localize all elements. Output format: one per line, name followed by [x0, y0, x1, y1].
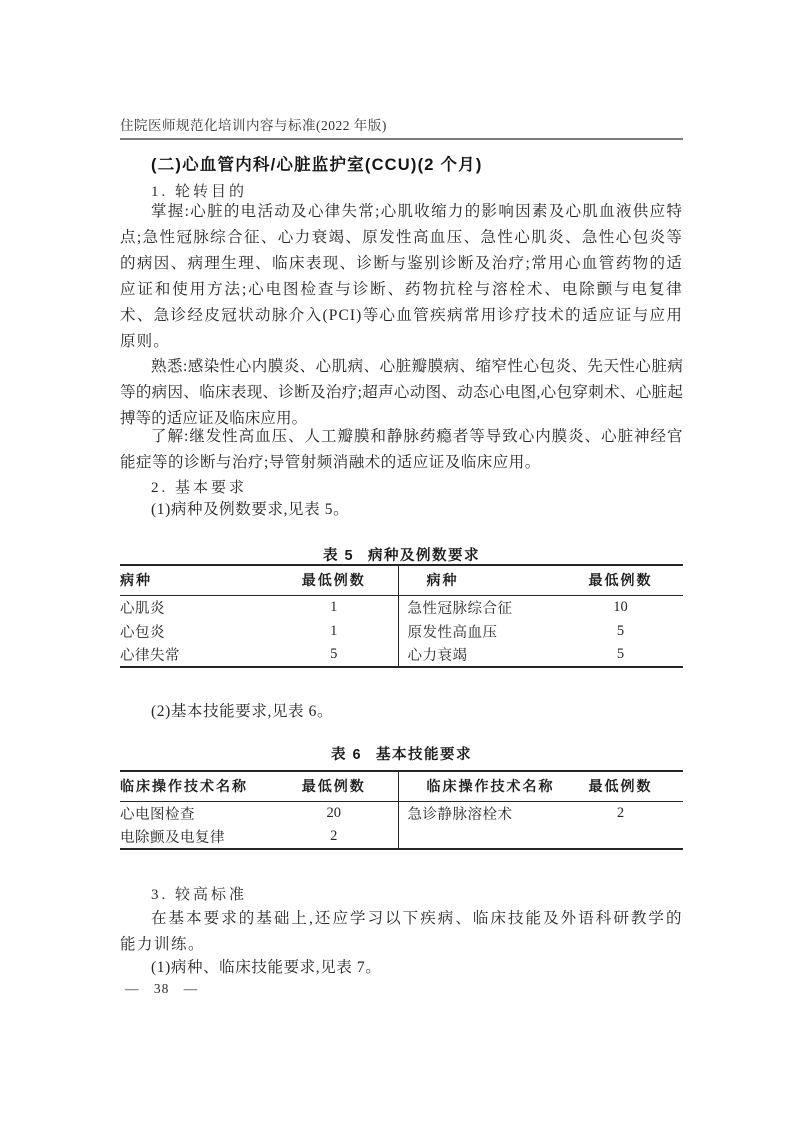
min-cases: 2 [270, 825, 398, 849]
min-cases: 20 [270, 801, 398, 825]
paragraph-understand: 了解:继发性高血压、人工瓣膜和静脉药瘾者等导致心内膜炎、心脏神经官能症等的诊断与… [120, 424, 683, 476]
table-row: 心律失常 5 心力衰竭 5 [120, 643, 683, 667]
table6-caption: 表 6基本技能要求 [120, 743, 683, 764]
min-cases: 5 [558, 619, 683, 643]
heading-advanced-standard: 3. 较高标准 [120, 883, 683, 904]
disease-name: 心力衰竭 [398, 643, 558, 667]
min-cases: 10 [558, 595, 683, 619]
disease-name: 急性冠脉综合征 [398, 595, 558, 619]
page-number: — 38 — [125, 981, 325, 997]
min-cases: 5 [270, 643, 398, 667]
skill-name: 电除颤及电复律 [120, 825, 270, 849]
min-cases [558, 825, 683, 849]
table-disease-cases: 病种 最低例数 病种 最低例数 心肌炎 1 急性冠脉综合征 10 心包炎 1 原… [120, 564, 683, 668]
paragraph-familiar: 熟悉:感染性心内膜炎、心肌病、心脏瓣膜病、缩窄性心包炎、先天性心脏病等的病因、临… [120, 354, 683, 432]
document-page: 住院医师规范化培训内容与标准(2022 年版) (二)心血管内科/心脏监护室(C… [0, 0, 800, 1131]
min-cases: 2 [558, 801, 683, 825]
table5-caption-label: 表 5 [323, 548, 354, 564]
paragraph-advanced: 在基本要求的基础上,还应学习以下疾病、临床技能及外语科研教学的能力训练。 [120, 906, 683, 958]
min-cases: 1 [270, 595, 398, 619]
heading-rotation-purpose: 1. 轮转目的 [120, 180, 683, 201]
running-header-title: 住院医师规范化培训内容与标准(2022 年版) [120, 114, 683, 134]
basic-item-1: (1)病种及例数要求,见表 5。 [120, 499, 683, 521]
column-header: 临床操作技术名称 [120, 771, 270, 801]
advanced-item-1: (1)病种、临床技能要求,见表 7。 [120, 957, 683, 979]
min-cases: 1 [270, 619, 398, 643]
column-header: 最低例数 [558, 771, 683, 801]
paragraph-master: 掌握:心脏的电活动及心律失常;心肌收缩力的影响因素及心肌血液供应特点;急性冠脉综… [120, 199, 683, 354]
column-header: 最低例数 [558, 565, 683, 595]
table-basic-skills: 临床操作技术名称 最低例数 临床操作技术名称 最低例数 心电图检查 20 急诊静… [120, 770, 683, 850]
section-title: (二)心血管内科/心脏监护室(CCU)(2 个月) [120, 151, 683, 175]
table6-caption-label: 表 6 [331, 747, 362, 763]
basic-item-2: (2)基本技能要求,见表 6。 [120, 701, 683, 723]
column-header: 临床操作技术名称 [398, 771, 558, 801]
column-header: 最低例数 [270, 771, 398, 801]
table5-caption: 表 5病种及例数要求 [120, 544, 683, 565]
disease-name: 心包炎 [120, 619, 270, 643]
skill-name [398, 825, 558, 849]
column-header: 最低例数 [270, 565, 398, 595]
table-row: 电除颤及电复律 2 [120, 825, 683, 849]
header-rule [120, 138, 683, 140]
disease-name: 心肌炎 [120, 595, 270, 619]
table-row: 心包炎 1 原发性高血压 5 [120, 619, 683, 643]
table5-caption-title: 病种及例数要求 [368, 548, 480, 564]
disease-name: 原发性高血压 [398, 619, 558, 643]
min-cases: 5 [558, 643, 683, 667]
disease-name: 心律失常 [120, 643, 270, 667]
column-header: 病种 [120, 565, 270, 595]
heading-basic-requirements: 2. 基本要求 [120, 476, 683, 497]
table-row: 心电图检查 20 急诊静脉溶栓术 2 [120, 801, 683, 825]
skill-name: 急诊静脉溶栓术 [398, 801, 558, 825]
table-header-row: 病种 最低例数 病种 最低例数 [120, 565, 683, 595]
table6-caption-title: 基本技能要求 [376, 747, 472, 763]
table-row: 心肌炎 1 急性冠脉综合征 10 [120, 595, 683, 619]
column-header: 病种 [398, 565, 558, 595]
skill-name: 心电图检查 [120, 801, 270, 825]
table-header-row: 临床操作技术名称 最低例数 临床操作技术名称 最低例数 [120, 771, 683, 801]
